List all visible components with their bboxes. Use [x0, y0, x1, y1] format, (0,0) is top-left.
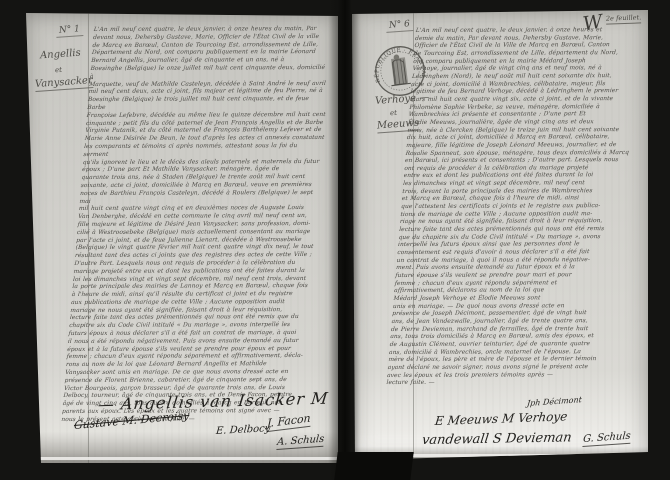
- left-page-bottom-edge: [24, 457, 338, 460]
- margin-et-right: et: [390, 109, 398, 117]
- signature-witness-1-right: Jph Décimont: [527, 395, 583, 408]
- margin-name-bride-left: Vanysacker: [35, 75, 94, 92]
- act-number-right: N° 6: [386, 19, 414, 33]
- margin-et-left: et: [55, 66, 63, 74]
- signature-officer-right: G. Schuls: [582, 431, 631, 447]
- signature-witnesses-right: vandewall S Devieman: [421, 430, 572, 448]
- act-body-left: L'An mil neuf cent quatre, le deux janvi…: [61, 26, 334, 425]
- signature-officer-left: A. Schuls: [276, 434, 324, 450]
- act-body-right: L'An mil neuf cent quatre, le deux janvi…: [386, 27, 642, 388]
- act-number-left: N° 1: [56, 24, 84, 38]
- margin-name-groom-left: Angellis: [40, 48, 81, 62]
- sheet-number-note: 2e feuillet.: [606, 13, 642, 24]
- binding-gap: [334, 452, 413, 480]
- right-page: W 2e feuillet. N° 6 RÉPUBLIQUE · FRANÇAI…: [352, 10, 648, 460]
- signature-couple-right: E Meeuws M Verhoye: [434, 409, 568, 428]
- left-page: N° 1 Angellis et Vanysacker L'An mil neu…: [24, 13, 338, 463]
- signature-witness-2-left: E. Delbocy: [216, 423, 271, 437]
- scanned-register-spread: N° 1 Angellis et Vanysacker L'An mil neu…: [0, 0, 670, 480]
